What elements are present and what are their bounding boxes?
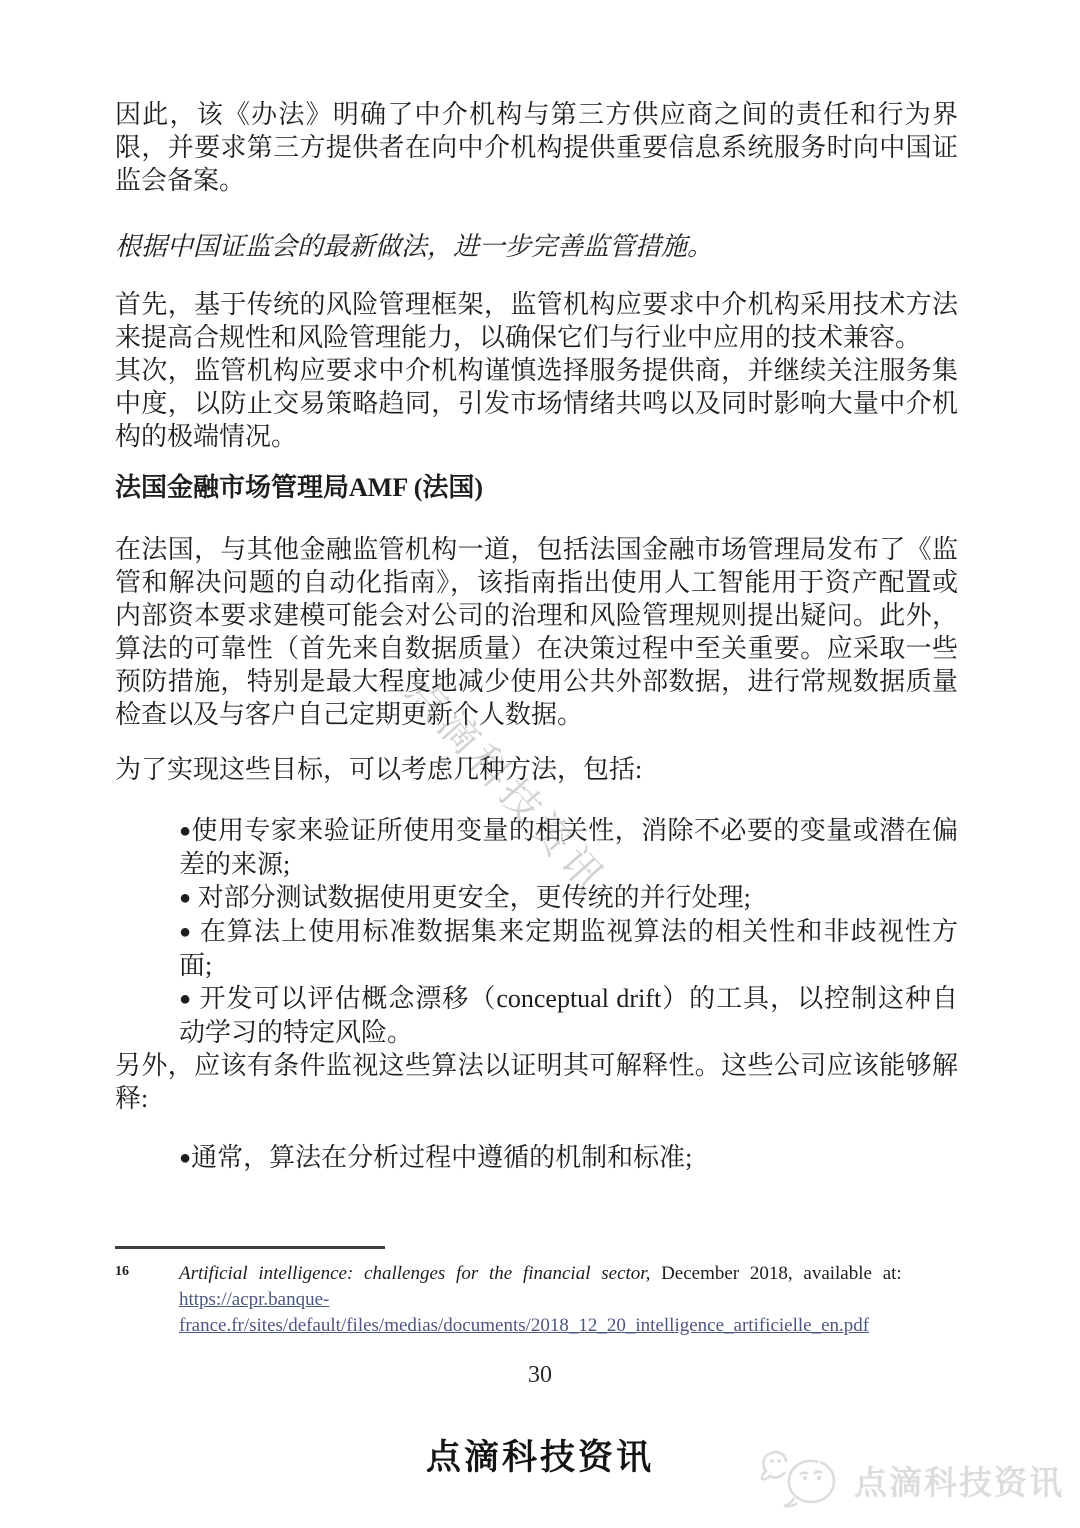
methods-bullet-list: ●使用专家来验证所使用变量的相关性，消除不必要的变量或潜在偏差的来源; ● 对部…: [115, 814, 958, 1049]
footnote-divider: [115, 1246, 385, 1249]
paragraph-second-measure: 其次，监管机构应要求中介机构谨慎选择服务提供商，并继续关注服务集中度，以防止交易…: [115, 354, 958, 453]
footnote-title: Artificial intelligence: challenges for …: [179, 1263, 650, 1284]
bullet-icon: ●: [179, 921, 192, 943]
section-heading-amf: 法国金融市场管理局AMF (法国): [115, 471, 958, 504]
list-item-text: 通常，算法在分析过程中遵循的机制和标准;: [191, 1143, 692, 1172]
footnote-number: 16: [115, 1261, 179, 1280]
corner-watermark-text: 点滴科技资讯: [854, 1457, 1064, 1504]
paragraph-methods-intro: 为了实现这些目标，可以考虑几种方法，包括:: [115, 753, 958, 786]
bullet-icon: ●: [179, 887, 191, 909]
paragraph-italic-lead: 根据中国证监会的最新做法，进一步完善监管措施。: [115, 230, 958, 263]
paragraph-first-measure: 首先，基于传统的风险管理框架，监管机构应要求中介机构采用技术方法来提高合规性和风…: [115, 288, 958, 354]
list-item-text: 开发可以评估概念漂移（conceptual drift）的工具，以控制这种自动学…: [179, 984, 958, 1047]
footnote-link-line2[interactable]: france.fr/sites/default/files/medias/doc…: [179, 1313, 949, 1339]
brand-logo-icon: [756, 1448, 848, 1512]
footnote-citation: Artificial intelligence: challenges for …: [179, 1263, 902, 1284]
list-item-text: 在算法上使用标准数据集来定期监视算法的相关性和非歧视性方面;: [179, 917, 958, 980]
page-body: 因此，该《办法》明确了中介机构与第三方供应商之间的责任和行为界限，并要求第三方提…: [115, 98, 958, 1175]
list-item: ●使用专家来验证所使用变量的相关性，消除不必要的变量或潜在偏差的来源;: [179, 814, 958, 881]
paragraph-explainability: 另外，应该有条件监视这些算法以证明其可解释性。这些公司应该能够解释:: [115, 1049, 958, 1115]
footnote-citation-rest: December 2018, available at:: [661, 1263, 902, 1284]
list-item: ● 对部分测试数据使用更安全，更传统的并行处理;: [179, 881, 958, 915]
footnote-link-line1[interactable]: https://acpr.banque-: [179, 1287, 949, 1313]
bullet-icon: ●: [179, 820, 192, 842]
list-item-text: 对部分测试数据使用更安全，更传统的并行处理;: [191, 883, 751, 912]
page-number: 30: [0, 1362, 1080, 1389]
explainability-bullet-list: ●通常，算法在分析过程中遵循的机制和标准;: [115, 1141, 958, 1175]
list-item: ● 在算法上使用标准数据集来定期监视算法的相关性和非歧视性方面;: [179, 915, 958, 982]
list-item-text: 使用专家来验证所使用变量的相关性，消除不必要的变量或潜在偏差的来源;: [179, 816, 958, 879]
list-item: ● 开发可以评估概念漂移（conceptual drift）的工具，以控制这种自…: [179, 982, 958, 1049]
paragraph-csrc-filing: 因此，该《办法》明确了中介机构与第三方供应商之间的责任和行为界限，并要求第三方提…: [115, 98, 958, 197]
bullet-icon: ●: [179, 988, 192, 1010]
corner-watermark: 点滴科技资讯: [756, 1448, 1064, 1512]
footnote-text: Artificial intelligence: challenges for …: [179, 1261, 949, 1339]
bullet-icon: ●: [179, 1147, 191, 1169]
document-page: 点滴科技资讯 因此，该《办法》明确了中介机构与第三方供应商之间的责任和行为界限，…: [0, 0, 1080, 1528]
paragraph-france-amf: 在法国，与其他金融监管机构一道，包括法国金融市场管理局发布了《监管和解决问题的自…: [115, 533, 958, 731]
list-item: ●通常，算法在分析过程中遵循的机制和标准;: [179, 1141, 958, 1175]
footnote-area: 16 Artificial intelligence: challenges f…: [115, 1246, 958, 1339]
